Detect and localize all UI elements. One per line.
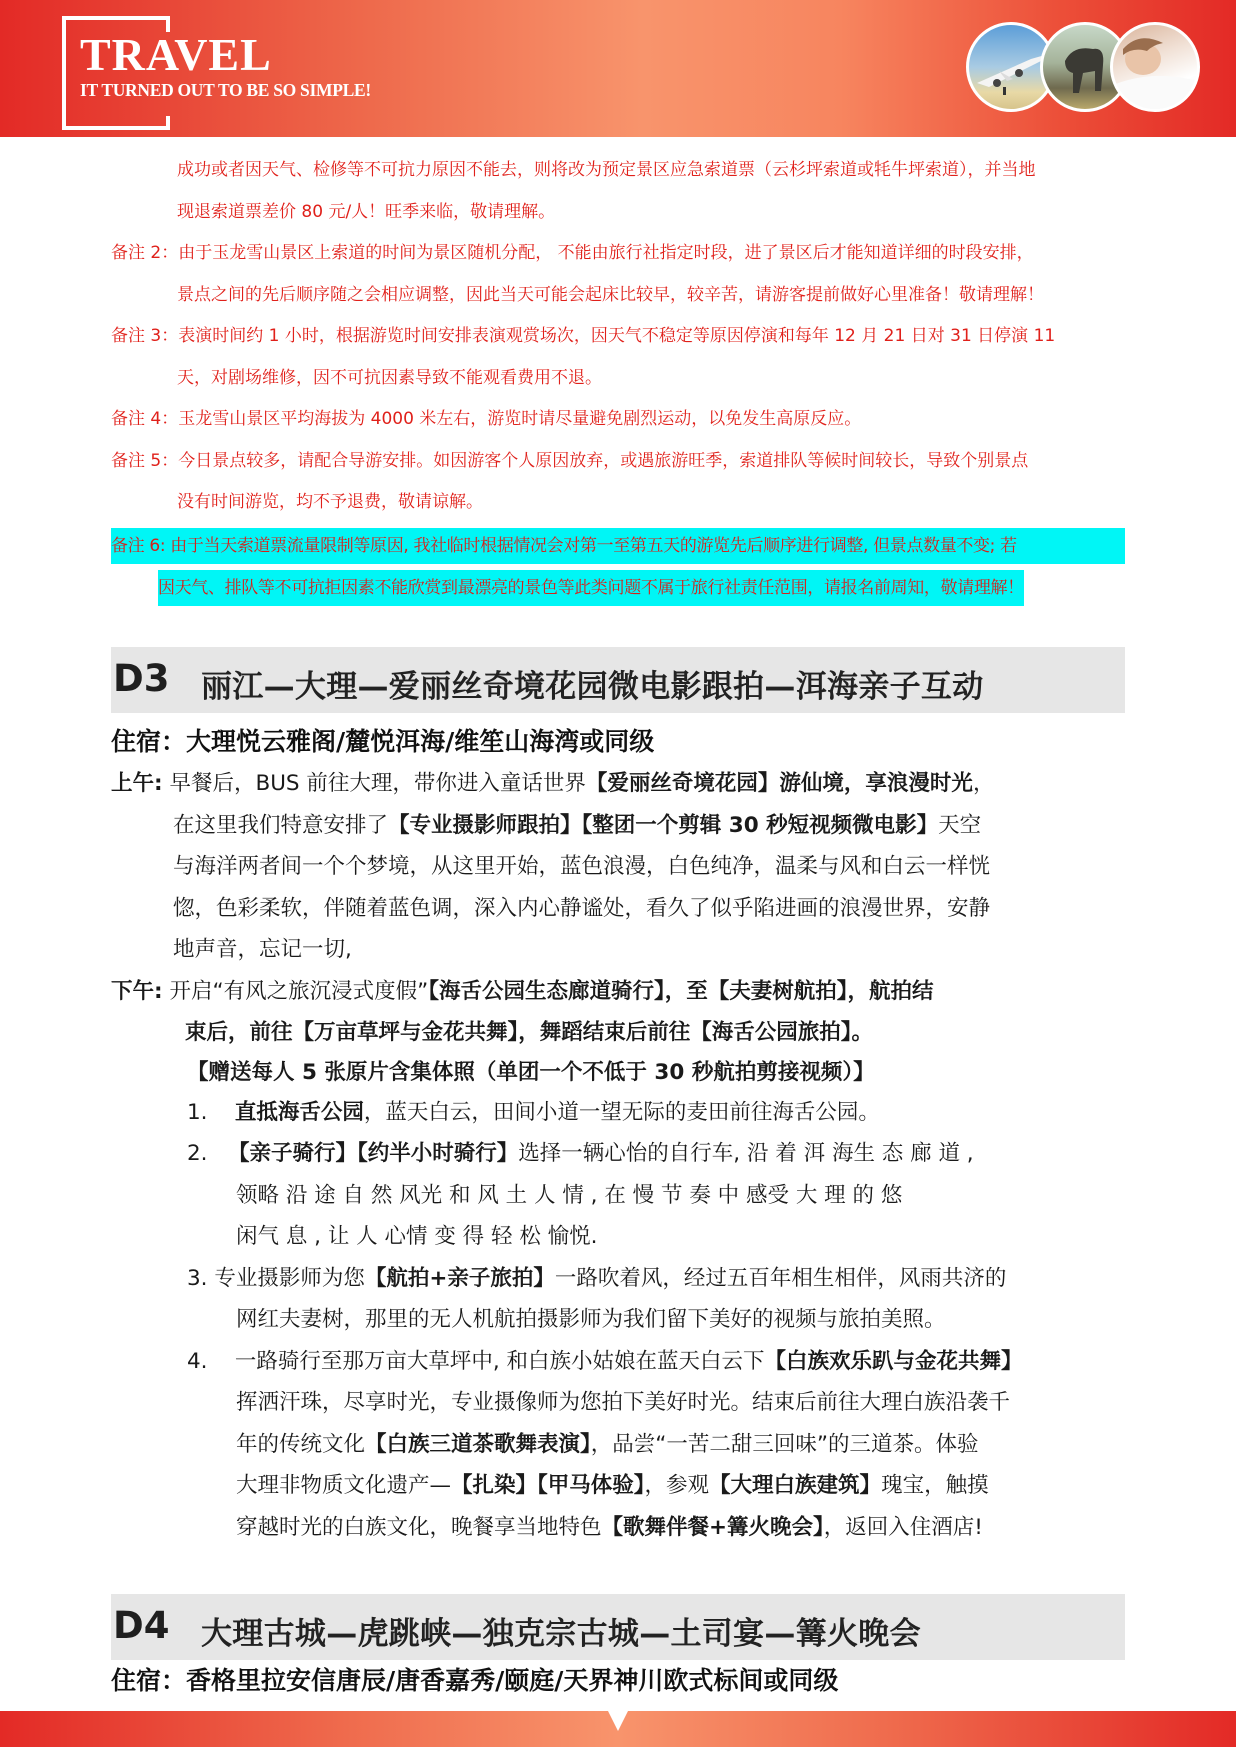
day-title: 丽江—大理—爱丽丝奇境花园微电影跟拍—洱海亲子互动 <box>201 661 984 706</box>
morning-line-4: 惚，色彩柔软，伴随着蓝色调，深入内心静谧处，看久了似乎陷进画的浪漫世界，安静 <box>111 888 1129 930</box>
afternoon-label: 下午: <box>111 979 163 1004</box>
list-item-2: 2. 【亲子骑行】【约半小时骑行】选择一辆心怡的自行车, 沿 着 洱 海生 态 … <box>111 1133 1129 1175</box>
day-3-heading: D3 丽江—大理—爱丽丝奇境花园微电影跟拍—洱海亲子互动 <box>111 647 1125 713</box>
header-banner: TRAVEL IT TURNED OUT TO BE SO SIMPLE! <box>0 0 1236 137</box>
note-3-continuation: 天，对剧场维修，因不可抗因素导致不能观看费用不退。 <box>111 358 1125 400</box>
afternoon-line-2: 束后，前往【万亩草坪与金花共舞】，舞蹈结束后前往【海舌公园旅拍】。 <box>111 1012 1129 1054</box>
list-item-3: 3. 专业摄影师为您【航拍+亲子旅拍】一路吹着风，经过五百年相生相伴，风雨共济的 <box>111 1258 1129 1300</box>
footer-notch-arrow <box>608 1711 628 1731</box>
list-item-2-continuation: 领略 沿 途 自 然 风光 和 风 土 人 情 , 在 慢 节 奏 中 感受 大… <box>111 1175 1129 1217</box>
note-1-continuation: 现退索道票差价 80 元/人！旺季来临，敬请理解。 <box>111 192 1125 234</box>
day-code: D4 <box>113 1604 169 1647</box>
note-5: 备注 5：今日景点较多，请配合导游安排。如因游客个人原因放弃，或遇旅游旺季，索道… <box>111 441 1125 483</box>
list-item-2-continuation: 闲气 息 , 让 人 心情 变 得 轻 松 愉悦. <box>111 1216 1129 1258</box>
day-4-lodging: 住宿：香格里拉安信唐辰/唐香嘉秀/颐庭/天界神川欧式标间或同级 <box>111 1661 838 1697</box>
morning-line-5: 地声音，忘记一切, <box>111 929 1129 971</box>
note-3: 备注 3：表演时间约 1 小时，根据游览时间安排表演观赏场次，因天气不稳定等原因… <box>111 316 1125 358</box>
afternoon-line-1: 下午: 开启“有风之旅沉浸式度假”【海舌公园生态廊道骑行】，至【夫妻树航拍】，航… <box>111 971 1129 1013</box>
list-item-4-continuation: 挥洒汗珠，尽享时光，专业摄像师为您拍下美好时光。结束后前往大理白族沿袭千 <box>111 1382 1129 1424</box>
note-6-line-1: 备注 6: 由于当天索道票流量限制等原因, 我社临时根据情况会对第一至第五天的游… <box>111 528 1125 564</box>
note-4: 备注 4：玉龙雪山景区平均海拔为 4000 米左右，游览时请尽量避免剧烈运动，以… <box>111 399 1125 441</box>
morning-label: 上午: <box>111 771 163 796</box>
afternoon-gift-line: 【赠送每人 5 张原片含集体照（单团一个不低于 30 秒航拍剪接视频）】 <box>111 1054 1129 1092</box>
note-6-highlighted: 备注 6: 由于当天索道票流量限制等原因, 我社临时根据情况会对第一至第五天的游… <box>111 528 1125 606</box>
brand-title: TRAVEL <box>80 32 272 78</box>
morning-line-1: 上午: 早餐后，BUS 前往大理，带你进入童话世界【爱丽丝奇境花园】游仙境，享浪… <box>111 763 1129 805</box>
list-item-4: 4. 一路骑行至那万亩大草坪中, 和白族小姑娘在蓝天白云下【白族欢乐趴与金花共舞… <box>111 1341 1129 1383</box>
list-item-4-continuation: 穿越时光的白族文化，晚餐享当地特色【歌舞伴餐+篝火晚会】，返回入住酒店! <box>111 1507 1129 1549</box>
list-item-4-continuation: 年的传统文化【白族三道茶歌舞表演】，品尝“一苦二甜三回味”的三道茶。体验 <box>111 1424 1129 1466</box>
list-item-4-continuation: 大理非物质文化遗产—【扎染】【甲马体验】，参观【大理白族建筑】瑰宝，触摸 <box>111 1465 1129 1507</box>
day-3-lodging: 住宿：大理悦云雅阁/麓悦洱海/维笙山海湾或同级 <box>111 722 654 758</box>
note-2: 备注 2：由于玉龙雪山景区上索道的时间为景区随机分配， 不能由旅行社指定时段，进… <box>111 233 1125 275</box>
brand-subtitle: IT TURNED OUT TO BE SO SIMPLE! <box>80 80 371 101</box>
note-6-line-2: 因天气、排队等不可抗拒因素不能欣赏到最漂亮的景色等此类问题不属于旅行社责任范围，… <box>158 570 1024 606</box>
notes-section: 成功或者因天气、检修等不可抗力原因不能去，则将改为预定景区应急索道票（云杉坪索道… <box>111 150 1125 524</box>
day-3-itinerary: 上午: 早餐后，BUS 前往大理，带你进入童话世界【爱丽丝奇境花园】游仙境，享浪… <box>111 763 1129 1548</box>
list-item-1: 1. 直抵海舌公园，蓝天白云，田间小道一望无际的麦田前往海舌公园。 <box>111 1092 1129 1134</box>
day-4-heading: D4 大理古城—虎跳峡—独克宗古城—土司宴—篝火晚会 <box>111 1594 1125 1660</box>
note-2-continuation: 景点之间的先后顺序随之会相应调整，因此当天可能会起床比较早，较辛苦，请游客提前做… <box>111 275 1125 317</box>
day-title: 大理古城—虎跳峡—独克宗古城—土司宴—篝火晚会 <box>201 1608 921 1653</box>
list-item-3-continuation: 网红夫妻树，那里的无人机航拍摄影师为我们留下美好的视频与旅拍美照。 <box>111 1299 1129 1341</box>
note-1-continuation: 成功或者因天气、检修等不可抗力原因不能去，则将改为预定景区应急索道票（云杉坪索道… <box>111 150 1125 192</box>
morning-line-3: 与海洋两者间一个个梦境，从这里开始，蓝色浪漫，白色纯净，温柔与风和白云一样恍 <box>111 846 1129 888</box>
sleeping-woman-photo <box>1110 22 1200 112</box>
note-5-continuation: 没有时间游览，均不予退费，敬请谅解。 <box>111 482 1125 524</box>
morning-line-2: 在这里我们特意安排了【专业摄影师跟拍】【整团一个剪辑 30 秒短视频微电影】天空 <box>111 805 1129 847</box>
day-code: D3 <box>113 657 169 700</box>
sleeping-person-icon <box>1113 25 1197 109</box>
